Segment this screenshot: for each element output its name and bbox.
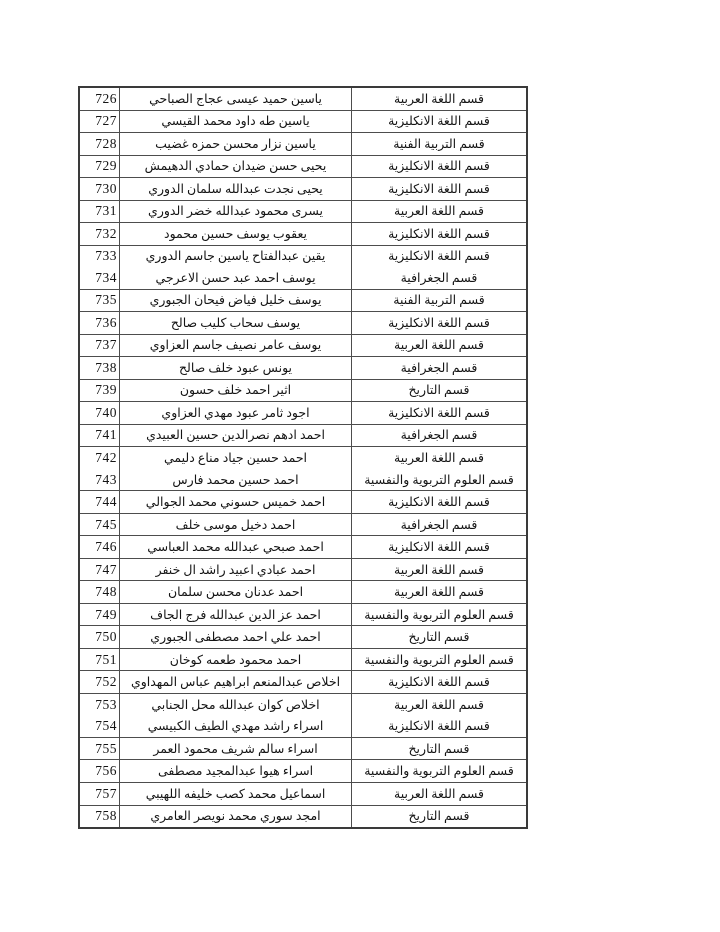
table-row: 735 يوسف خليل فياض فيحان الجبوري قسم الت… bbox=[80, 290, 526, 313]
table-row: 740 اجود ثامر عبود مهدي العزاوي قسم اللغ… bbox=[80, 402, 526, 425]
department-cell: قسم التاريخ bbox=[352, 626, 526, 648]
department-cell: قسم اللغة الانكليزية bbox=[352, 671, 526, 693]
department-cell: قسم التاريخ bbox=[352, 738, 526, 760]
table-row: 733 يقين عبدالفتاح ياسين جاسم الدوري قسم… bbox=[80, 246, 526, 268]
department-cell: قسم اللغة العربية bbox=[352, 783, 526, 805]
employee-name-cell: اسراء سالم شريف محمود العمر bbox=[120, 738, 352, 760]
department-cell: قسم اللغة العربية bbox=[352, 335, 526, 357]
table-row: 756 اسراء هيوا عبدالمجيد مصطفى قسم العلو… bbox=[80, 760, 526, 783]
serial-number-cell: 749 bbox=[80, 604, 120, 626]
serial-number-cell: 753 bbox=[80, 694, 120, 716]
staff-table: 726 ياسين حميد عيسى عجاج الصباحي قسم الل… bbox=[78, 86, 528, 829]
table-row: 737 يوسف عامر نصيف جاسم العزاوي قسم اللغ… bbox=[80, 335, 526, 358]
employee-name-cell: يوسف احمد عبد حسن الاعرجي bbox=[120, 267, 352, 289]
employee-name-cell: اسماعيل محمد كصب خليفه اللهيبي bbox=[120, 783, 352, 805]
serial-number-cell: 754 bbox=[80, 715, 120, 737]
serial-number-cell: 748 bbox=[80, 581, 120, 603]
employee-name-cell: اسراء هيوا عبدالمجيد مصطفى bbox=[120, 760, 352, 782]
department-cell: قسم اللغة الانكليزية bbox=[352, 246, 526, 268]
department-cell: قسم التاريخ bbox=[352, 380, 526, 402]
employee-name-cell: يونس عبود خلف صالح bbox=[120, 357, 352, 379]
serial-number-cell: 733 bbox=[80, 246, 120, 268]
serial-number-cell: 736 bbox=[80, 312, 120, 334]
serial-number-cell: 730 bbox=[80, 178, 120, 200]
serial-number-cell: 757 bbox=[80, 783, 120, 805]
employee-name-cell: احمد حسين محمد فارس bbox=[120, 469, 352, 491]
employee-name-cell: ياسين نزار محسن حمزه غضيب bbox=[120, 133, 352, 155]
department-cell: قسم اللغة الانكليزية bbox=[352, 491, 526, 513]
employee-name-cell: اخلاص عبدالمنعم ابراهيم عباس المهداوي bbox=[120, 671, 352, 693]
serial-number-cell: 756 bbox=[80, 760, 120, 782]
employee-name-cell: يوسف خليل فياض فيحان الجبوري bbox=[120, 290, 352, 312]
table-row: 747 احمد عبادي اعبيد راشد ال خنفر قسم ال… bbox=[80, 559, 526, 582]
serial-number-cell: 742 bbox=[80, 447, 120, 469]
serial-number-cell: 732 bbox=[80, 223, 120, 245]
employee-name-cell: احمد عز الدين عبدالله فرج الجاف bbox=[120, 604, 352, 626]
serial-number-cell: 744 bbox=[80, 491, 120, 513]
department-cell: قسم الجغرافية bbox=[352, 267, 526, 289]
table-row: 729 يحيى حسن ضيدان حمادي الدهيمش قسم الل… bbox=[80, 156, 526, 179]
table-row: 728 ياسين نزار محسن حمزه غضيب قسم التربي… bbox=[80, 133, 526, 156]
serial-number-cell: 747 bbox=[80, 559, 120, 581]
department-cell: قسم اللغة العربية bbox=[352, 694, 526, 716]
department-cell: قسم الجغرافية bbox=[352, 514, 526, 536]
table-row: 748 احمد عدنان محسن سلمان قسم اللغة العر… bbox=[80, 581, 526, 604]
serial-number-cell: 728 bbox=[80, 133, 120, 155]
department-cell: قسم اللغة الانكليزية bbox=[352, 402, 526, 424]
table-row: 749 احمد عز الدين عبدالله فرج الجاف قسم … bbox=[80, 604, 526, 627]
serial-number-cell: 739 bbox=[80, 380, 120, 402]
table-row: 739 اثير احمد خلف حسون قسم التاريخ bbox=[80, 380, 526, 403]
department-cell: قسم الجغرافية bbox=[352, 357, 526, 379]
serial-number-cell: 734 bbox=[80, 267, 120, 289]
table-row: 730 يحيى نجدت عبدالله سلمان الدوري قسم ا… bbox=[80, 178, 526, 201]
department-cell: قسم اللغة العربية bbox=[352, 447, 526, 469]
department-cell: قسم العلوم التربوية والنفسية bbox=[352, 604, 526, 626]
employee-name-cell: يوسف سحاب كليب صالح bbox=[120, 312, 352, 334]
department-cell: قسم العلوم التربوية والنفسية bbox=[352, 469, 526, 491]
employee-name-cell: ياسين حميد عيسى عجاج الصباحي bbox=[120, 88, 352, 110]
employee-name-cell: يقين عبدالفتاح ياسين جاسم الدوري bbox=[120, 246, 352, 268]
table-row: 743 احمد حسين محمد فارس قسم العلوم الترب… bbox=[80, 469, 526, 492]
department-cell: قسم اللغة الانكليزية bbox=[352, 111, 526, 133]
serial-number-cell: 750 bbox=[80, 626, 120, 648]
table-row: 731 يسرى محمود عبدالله خضر الدوري قسم ال… bbox=[80, 201, 526, 224]
table-row: 726 ياسين حميد عيسى عجاج الصباحي قسم الل… bbox=[80, 88, 526, 111]
department-cell: قسم اللغة العربية bbox=[352, 201, 526, 223]
department-cell: قسم التربية الفنية bbox=[352, 290, 526, 312]
table-row: 758 امجد سوري محمد نويصر العامري قسم الت… bbox=[80, 806, 526, 828]
employee-name-cell: احمد دخيل موسى خلف bbox=[120, 514, 352, 536]
employee-name-cell: يسرى محمود عبدالله خضر الدوري bbox=[120, 201, 352, 223]
employee-name-cell: اسراء راشد مهدي الطيف الكبيسي bbox=[120, 715, 352, 737]
serial-number-cell: 727 bbox=[80, 111, 120, 133]
employee-name-cell: احمد محمود طعمه كوخان bbox=[120, 649, 352, 671]
department-cell: قسم اللغة الانكليزية bbox=[352, 312, 526, 334]
table-row: 734 يوسف احمد عبد حسن الاعرجي قسم الجغرا… bbox=[80, 267, 526, 290]
serial-number-cell: 755 bbox=[80, 738, 120, 760]
table-row: 751 احمد محمود طعمه كوخان قسم العلوم الت… bbox=[80, 649, 526, 672]
serial-number-cell: 752 bbox=[80, 671, 120, 693]
table-row: 727 ياسين طه داود محمد القيسي قسم اللغة … bbox=[80, 111, 526, 134]
department-cell: قسم اللغة الانكليزية bbox=[352, 715, 526, 737]
table-row: 732 يعقوب يوسف حسين محمود قسم اللغة الان… bbox=[80, 223, 526, 246]
serial-number-cell: 745 bbox=[80, 514, 120, 536]
employee-name-cell: احمد صبحي عبدالله محمد العباسي bbox=[120, 536, 352, 558]
serial-number-cell: 738 bbox=[80, 357, 120, 379]
employee-name-cell: احمد عبادي اعبيد راشد ال خنفر bbox=[120, 559, 352, 581]
scanned-document-page: 726 ياسين حميد عيسى عجاج الصباحي قسم الل… bbox=[0, 0, 720, 932]
table-row: 752 اخلاص عبدالمنعم ابراهيم عباس المهداو… bbox=[80, 671, 526, 694]
employee-name-cell: احمد علي احمد مصطفى الجبوري bbox=[120, 626, 352, 648]
table-row: 755 اسراء سالم شريف محمود العمر قسم التا… bbox=[80, 738, 526, 761]
employee-name-cell: احمد حسين جياد مناع دليمي bbox=[120, 447, 352, 469]
department-cell: قسم التربية الفنية bbox=[352, 133, 526, 155]
employee-name-cell: امجد سوري محمد نويصر العامري bbox=[120, 806, 352, 828]
serial-number-cell: 758 bbox=[80, 806, 120, 828]
employee-name-cell: يحيى حسن ضيدان حمادي الدهيمش bbox=[120, 156, 352, 178]
serial-number-cell: 746 bbox=[80, 536, 120, 558]
serial-number-cell: 741 bbox=[80, 425, 120, 447]
employee-name-cell: احمد ادهم نصرالدين حسين العبيدي bbox=[120, 425, 352, 447]
employee-name-cell: يعقوب يوسف حسين محمود bbox=[120, 223, 352, 245]
department-cell: قسم التاريخ bbox=[352, 806, 526, 828]
department-cell: قسم اللغة الانكليزية bbox=[352, 536, 526, 558]
employee-name-cell: يحيى نجدت عبدالله سلمان الدوري bbox=[120, 178, 352, 200]
department-cell: قسم اللغة العربية bbox=[352, 88, 526, 110]
serial-number-cell: 737 bbox=[80, 335, 120, 357]
table-row: 741 احمد ادهم نصرالدين حسين العبيدي قسم … bbox=[80, 425, 526, 448]
serial-number-cell: 740 bbox=[80, 402, 120, 424]
table-row: 753 اخلاص كوان عبدالله محل الجنابي قسم ا… bbox=[80, 694, 526, 716]
department-cell: قسم العلوم التربوية والنفسية bbox=[352, 649, 526, 671]
table-row: 744 احمد خميس حسوني محمد الجوالي قسم الل… bbox=[80, 491, 526, 514]
employee-name-cell: ياسين طه داود محمد القيسي bbox=[120, 111, 352, 133]
department-cell: قسم العلوم التربوية والنفسية bbox=[352, 760, 526, 782]
employee-name-cell: اخلاص كوان عبدالله محل الجنابي bbox=[120, 694, 352, 716]
serial-number-cell: 735 bbox=[80, 290, 120, 312]
employee-name-cell: اجود ثامر عبود مهدي العزاوي bbox=[120, 402, 352, 424]
table-row: 750 احمد علي احمد مصطفى الجبوري قسم التا… bbox=[80, 626, 526, 649]
serial-number-cell: 743 bbox=[80, 469, 120, 491]
serial-number-cell: 731 bbox=[80, 201, 120, 223]
department-cell: قسم اللغة الانكليزية bbox=[352, 223, 526, 245]
serial-number-cell: 751 bbox=[80, 649, 120, 671]
table-row: 754 اسراء راشد مهدي الطيف الكبيسي قسم ال… bbox=[80, 715, 526, 738]
table-row: 746 احمد صبحي عبدالله محمد العباسي قسم ا… bbox=[80, 536, 526, 559]
department-cell: قسم الجغرافية bbox=[352, 425, 526, 447]
department-cell: قسم اللغة العربية bbox=[352, 581, 526, 603]
employee-name-cell: احمد خميس حسوني محمد الجوالي bbox=[120, 491, 352, 513]
employee-name-cell: اثير احمد خلف حسون bbox=[120, 380, 352, 402]
department-cell: قسم اللغة الانكليزية bbox=[352, 156, 526, 178]
table-row: 738 يونس عبود خلف صالح قسم الجغرافية bbox=[80, 357, 526, 380]
department-cell: قسم اللغة العربية bbox=[352, 559, 526, 581]
employee-name-cell: يوسف عامر نصيف جاسم العزاوي bbox=[120, 335, 352, 357]
table-row: 757 اسماعيل محمد كصب خليفه اللهيبي قسم ا… bbox=[80, 783, 526, 806]
table-row: 745 احمد دخيل موسى خلف قسم الجغرافية bbox=[80, 514, 526, 537]
employee-name-cell: احمد عدنان محسن سلمان bbox=[120, 581, 352, 603]
serial-number-cell: 726 bbox=[80, 88, 120, 110]
department-cell: قسم اللغة الانكليزية bbox=[352, 178, 526, 200]
table-row: 736 يوسف سحاب كليب صالح قسم اللغة الانكل… bbox=[80, 312, 526, 335]
serial-number-cell: 729 bbox=[80, 156, 120, 178]
table-row: 742 احمد حسين جياد مناع دليمي قسم اللغة … bbox=[80, 447, 526, 469]
